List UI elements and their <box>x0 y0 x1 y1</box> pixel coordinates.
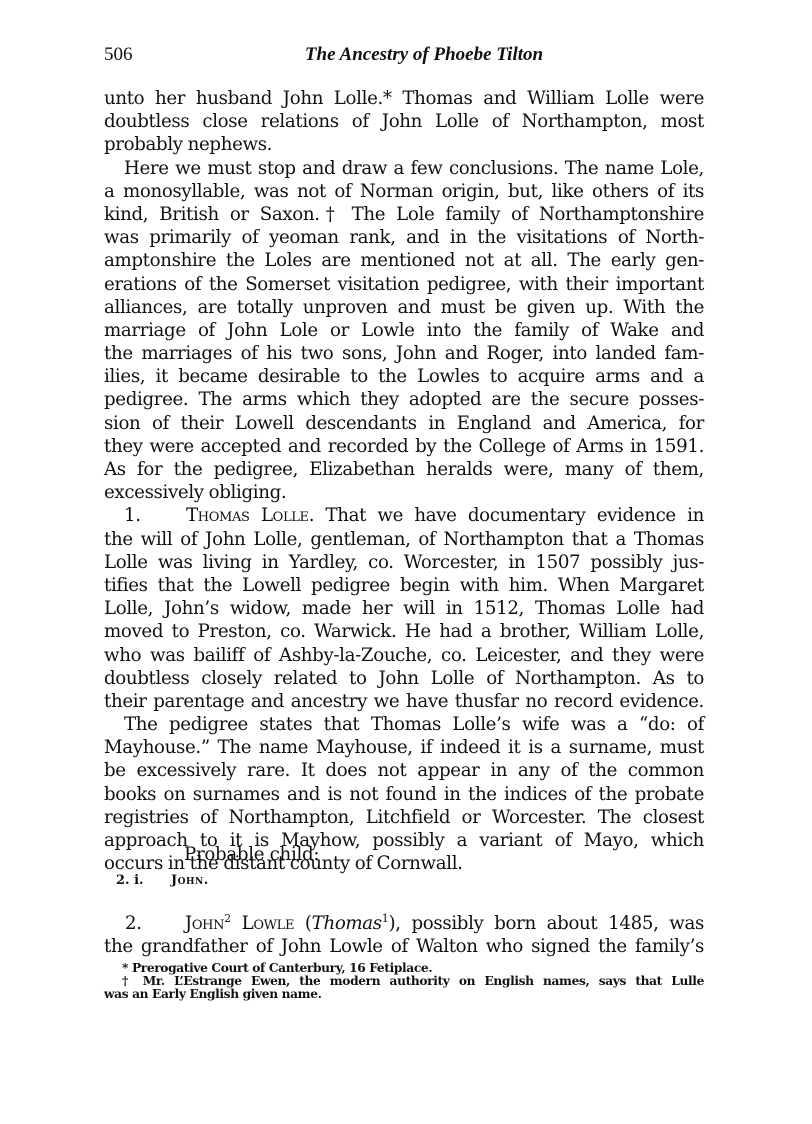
text-line: sion of their Lowell descendants in Engl… <box>104 412 704 435</box>
footnote-text: Mr. L’Estrange Ewen, the modern authorit… <box>143 974 704 988</box>
child-name: John. <box>171 873 209 888</box>
text-line: The pedigree states that Thomas Lolle’s … <box>104 713 704 736</box>
text-line: the marriages of his two sons, John and … <box>104 342 704 365</box>
footnote-text: Prerogative Court of Canterbury, 16 Feti… <box>132 961 432 975</box>
entry-number: 1. <box>124 505 141 526</box>
text-line: be excessively rare. It does not appear … <box>104 759 704 782</box>
text-line: Lolle was living in Yardley, co. Worcest… <box>104 551 704 574</box>
entry-number: 2. <box>125 913 142 934</box>
text-line: pedigree. The arms which they adopted ar… <box>104 388 704 411</box>
footnote-marker: * <box>122 961 128 975</box>
child-number: 2. i. <box>116 873 171 888</box>
text-line: unto her husband John Lolle.* Thomas and… <box>104 87 704 110</box>
text-line: Here we must stop and draw a few conclus… <box>104 157 704 180</box>
footnote-2-continued: was an Early English given name. <box>104 988 704 1001</box>
text-line: tifies that the Lowell pedigree begin wi… <box>104 574 704 597</box>
text-line: ilies, it became desirable to the Lowles… <box>104 365 704 388</box>
entry-text: That we have documentary evidence in <box>325 505 704 526</box>
text-line: excessively obliging. <box>104 481 704 504</box>
generation-sup: 2 <box>224 912 231 925</box>
parent-name: Thomas <box>312 913 382 934</box>
text-line: books on surnames and is not found in th… <box>104 783 704 806</box>
running-title: The Ancestry of Phoebe Tilton <box>104 44 704 66</box>
children-heading: Probable child: <box>184 844 319 865</box>
text-line: registries of Northampton, Litchfield or… <box>104 806 704 829</box>
footnote-marker: † <box>122 974 133 988</box>
text-line: the grandfather of John Lowle of Walton … <box>104 935 704 958</box>
text-line: erations of the Somerset visitation pedi… <box>104 273 704 296</box>
text-line: who was bailiff of Ashby-la-Zouche, co. … <box>104 644 704 667</box>
text-line: they were accepted and recorded by the C… <box>104 435 704 458</box>
text-line: As for the pedigree, Elizabethan heralds… <box>104 458 704 481</box>
text-line: doubtless closely related to John Lolle … <box>104 667 704 690</box>
entry-john: 2. John2 Lowle (Thomas1), possibly born … <box>104 912 704 958</box>
text-line: the will of John Lolle, gentleman, of No… <box>104 528 704 551</box>
text-line: Lolle, John’s widow, made her will in 15… <box>104 597 704 620</box>
text-line: kind, British or Saxon.† The Lole family… <box>104 203 704 226</box>
text-line: moved to Preston, co. Warwick. He had a … <box>104 620 704 643</box>
text-line: alliances, are totally unproven and must… <box>104 296 704 319</box>
paren-close: ), <box>388 913 400 934</box>
text-line: amptonshire the Loles are mentioned not … <box>104 249 704 272</box>
body-text: unto her husband John Lolle.* Thomas and… <box>104 87 704 875</box>
entry-name: John <box>185 913 224 934</box>
text-line: was primarily of yeoman rank, and in the… <box>104 226 704 249</box>
text-line: marriage of John Lole or Lowle into the … <box>104 319 704 342</box>
text-line: their parentage and ancestry we have thu… <box>104 690 704 713</box>
footnotes: * Prerogative Court of Canterbury, 16 Fe… <box>104 962 704 1001</box>
text-line: probably nephews. <box>104 133 704 156</box>
text-line: Mayhouse.” The name Mayhouse, if indeed … <box>104 736 704 759</box>
entry-john-heading-line: 2. John2 Lowle (Thomas1), possibly born … <box>104 912 704 935</box>
paren-open: ( <box>305 913 312 934</box>
child-list-item: 2. i.John. <box>116 873 209 888</box>
page-header: 506 The Ancestry of Phoebe Tilton <box>104 44 704 70</box>
entry-text: possibly born about 1485, was <box>411 913 704 934</box>
text-line: doubtless close relations of John Lolle … <box>104 110 704 133</box>
text-line: a monosyllable, was not of Norman origin… <box>104 180 704 203</box>
entry-thomas-heading-line: 1. Thomas Lolle. That we have documentar… <box>104 504 704 527</box>
entry-surname: Lowle <box>242 913 294 934</box>
entry-name: Thomas Lolle. <box>186 505 314 526</box>
